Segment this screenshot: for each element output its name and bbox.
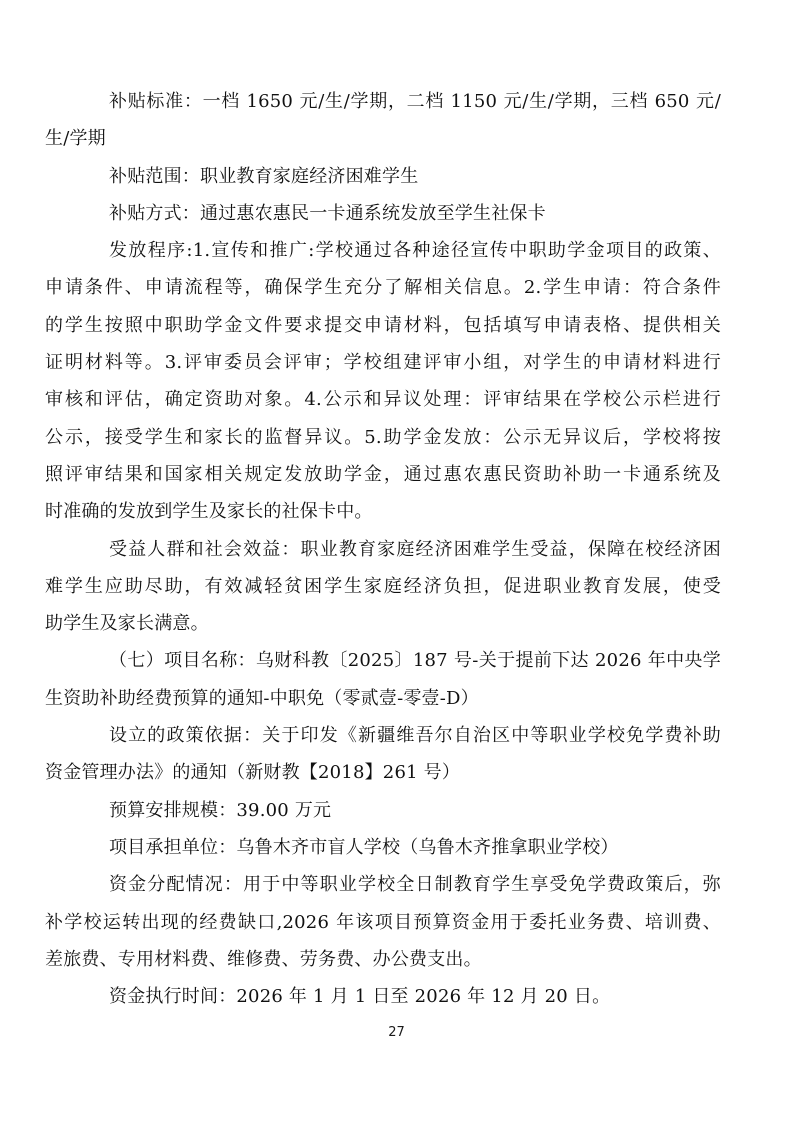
text-line: 审核和评估，确定资助对象。4.公示和异议处理：评审结果在学校公示栏进行 [45, 381, 721, 418]
text-line: 生/学期 [45, 120, 721, 157]
text-line: 的学生按照中职助学金文件要求提交申请材料，包括填写申请表格、提供相关 [45, 307, 721, 344]
text-line: 发放程序:1.宣传和推广:学校通过各种途径宣传中职助学金项目的政策、 [45, 232, 721, 269]
page-number: 27 [0, 1026, 793, 1040]
text-line: 助学生及家长满意。 [45, 605, 721, 642]
text-line: 受益人群和社会效益：职业教育家庭经济困难学生受益，保障在校经济困 [45, 531, 721, 568]
text-line: 资金分配情况：用于中等职业学校全日制教育学生享受免学费政策后，弥 [45, 866, 721, 903]
text-line: （七）项目名称：乌财科教〔2025〕187 号-关于提前下达 2026 年中央学 [45, 642, 721, 679]
text-line: 难学生应助尽助，有效减轻贫困学生家庭经济负担，促进职业教育发展，使受 [45, 568, 721, 605]
text-line: 项目承担单位：乌鲁木齐市盲人学校（乌鲁木齐推拿职业学校） [45, 829, 721, 866]
text-line: 预算安排规模：39.00 万元 [45, 792, 721, 829]
text-line: 设立的政策依据：关于印发《新疆维吾尔自治区中等职业学校免学费补助 [45, 717, 721, 754]
text-line: 补贴范围：职业教育家庭经济困难学生 [45, 158, 721, 195]
text-line: 补贴标准：一档 1650 元/生/学期，二档 1150 元/生/学期，三档 65… [45, 83, 721, 120]
text-line: 申请条件、申请流程等，确保学生充分了解相关信息。2.学生申请：符合条件 [45, 269, 721, 306]
text-line: 公示，接受学生和家长的监督异议。5.助学金发放：公示无异议后，学校将按 [45, 419, 721, 456]
document-page: 补贴标准：一档 1650 元/生/学期，二档 1150 元/生/学期，三档 65… [0, 0, 793, 1122]
text-line: 证明材料等。3.评审委员会评审；学校组建评审小组，对学生的申请材料进行 [45, 344, 721, 381]
document-body: 补贴标准：一档 1650 元/生/学期，二档 1150 元/生/学期，三档 65… [45, 83, 721, 1015]
text-line: 资金执行时间：2026 年 1 月 1 日至 2026 年 12 月 20 日。 [45, 978, 721, 1015]
text-line: 差旅费、专用材料费、维修费、劳务费、办公费支出。 [45, 941, 721, 978]
text-line: 补贴方式：通过惠农惠民一卡通系统发放至学生社保卡 [45, 195, 721, 232]
text-line: 资金管理办法》的通知（新财教【2018】261 号） [45, 754, 721, 791]
text-line: 补学校运转出现的经费缺口,2026 年该项目预算资金用于委托业务费、培训费、 [45, 904, 721, 941]
text-line: 照评审结果和国家相关规定发放助学金，通过惠农惠民资助补助一卡通系统及 [45, 456, 721, 493]
text-line: 时准确的发放到学生及家长的社保卡中。 [45, 493, 721, 530]
text-line: 生资助补助经费预算的通知-中职免（零贰壹-零壹-D） [45, 680, 721, 717]
